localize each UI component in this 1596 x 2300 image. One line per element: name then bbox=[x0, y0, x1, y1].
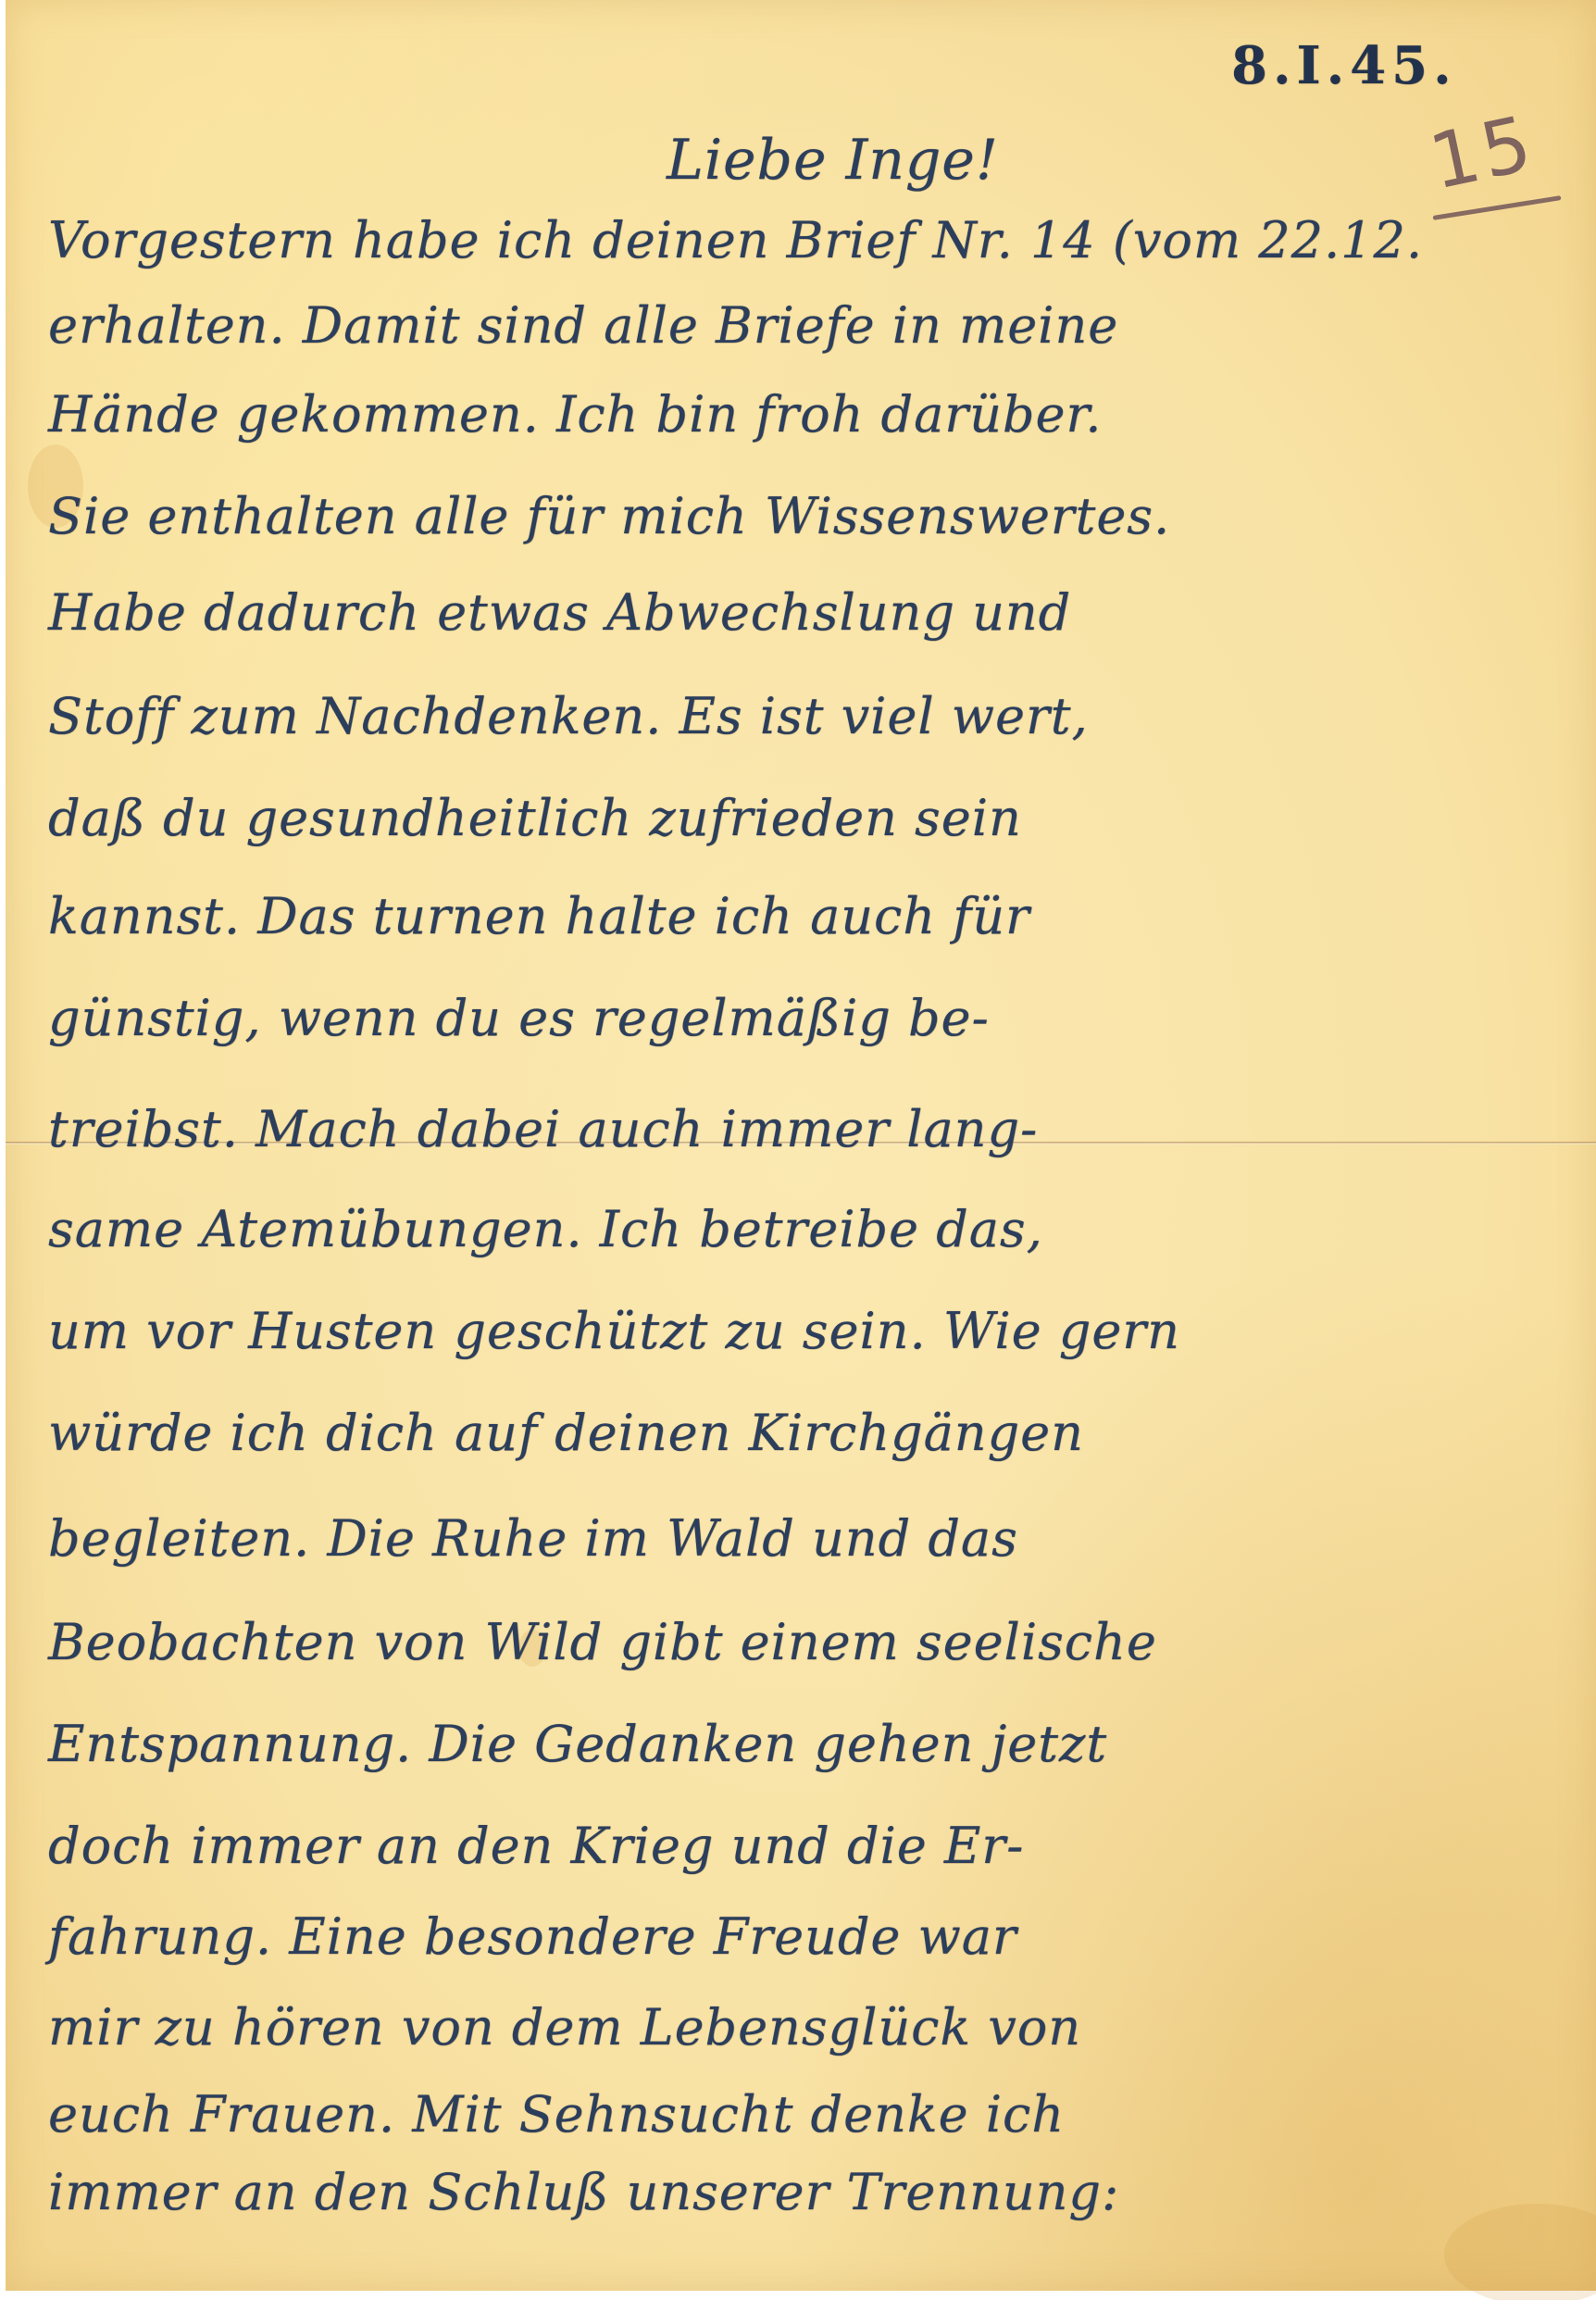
letter-line: immer an den Schluß unserer Trennung: bbox=[48, 2163, 1119, 2221]
letter-line: erhalten. Damit sind alle Briefe in mein… bbox=[48, 296, 1118, 355]
letter-line: Habe dadurch etwas Abwechslung und bbox=[48, 583, 1071, 642]
letter-line: Hände gekommen. Ich bin froh darüber. bbox=[48, 385, 1102, 444]
scan-margin-bottom bbox=[0, 2291, 1596, 2300]
letter-line: mir zu hören von dem Lebensglück von bbox=[48, 1998, 1081, 2056]
letter-line: Stoff zum Nachdenken. Es ist viel wert, bbox=[48, 687, 1089, 745]
letter-line: treibst. Mach dabei auch immer lang- bbox=[48, 1100, 1038, 1158]
letter-line: euch Frauen. Mit Sehnsucht denke ich bbox=[48, 2085, 1065, 2144]
letter-line: daß du gesundheitlich zufrieden sein bbox=[48, 789, 1022, 847]
letter-line: um vor Husten geschützt zu sein. Wie ger… bbox=[48, 1302, 1180, 1360]
letter-date: 8.I.45. bbox=[1231, 35, 1457, 96]
letter-line: günstig, wenn du es regelmäßig be- bbox=[48, 989, 990, 1047]
letter-line: begleiten. Die Ruhe im Wald und das bbox=[48, 1509, 1018, 1568]
letter-line: same Atemübungen. Ich betreibe das, bbox=[48, 1200, 1043, 1258]
letter-line: kannst. Das turnen halte ich auch für bbox=[48, 887, 1030, 945]
letter-line: Vorgestern habe ich deinen Brief Nr. 14 … bbox=[48, 211, 1423, 269]
letter-line: fahrung. Eine besondere Freude war bbox=[48, 1907, 1017, 1966]
salutation: Liebe Inge! bbox=[667, 128, 999, 193]
letter-line: Sie enthalten alle für mich Wissenswerte… bbox=[48, 487, 1170, 545]
letter-line: Beobachten von Wild gibt einem seelische bbox=[48, 1613, 1157, 1671]
letter-line: würde ich dich auf deinen Kirchgängen bbox=[48, 1404, 1084, 1462]
letter-line: doch immer an den Krieg und die Er- bbox=[48, 1817, 1024, 1875]
letter-line: Entspannung. Die Gedanken gehen jetzt bbox=[48, 1715, 1107, 1773]
